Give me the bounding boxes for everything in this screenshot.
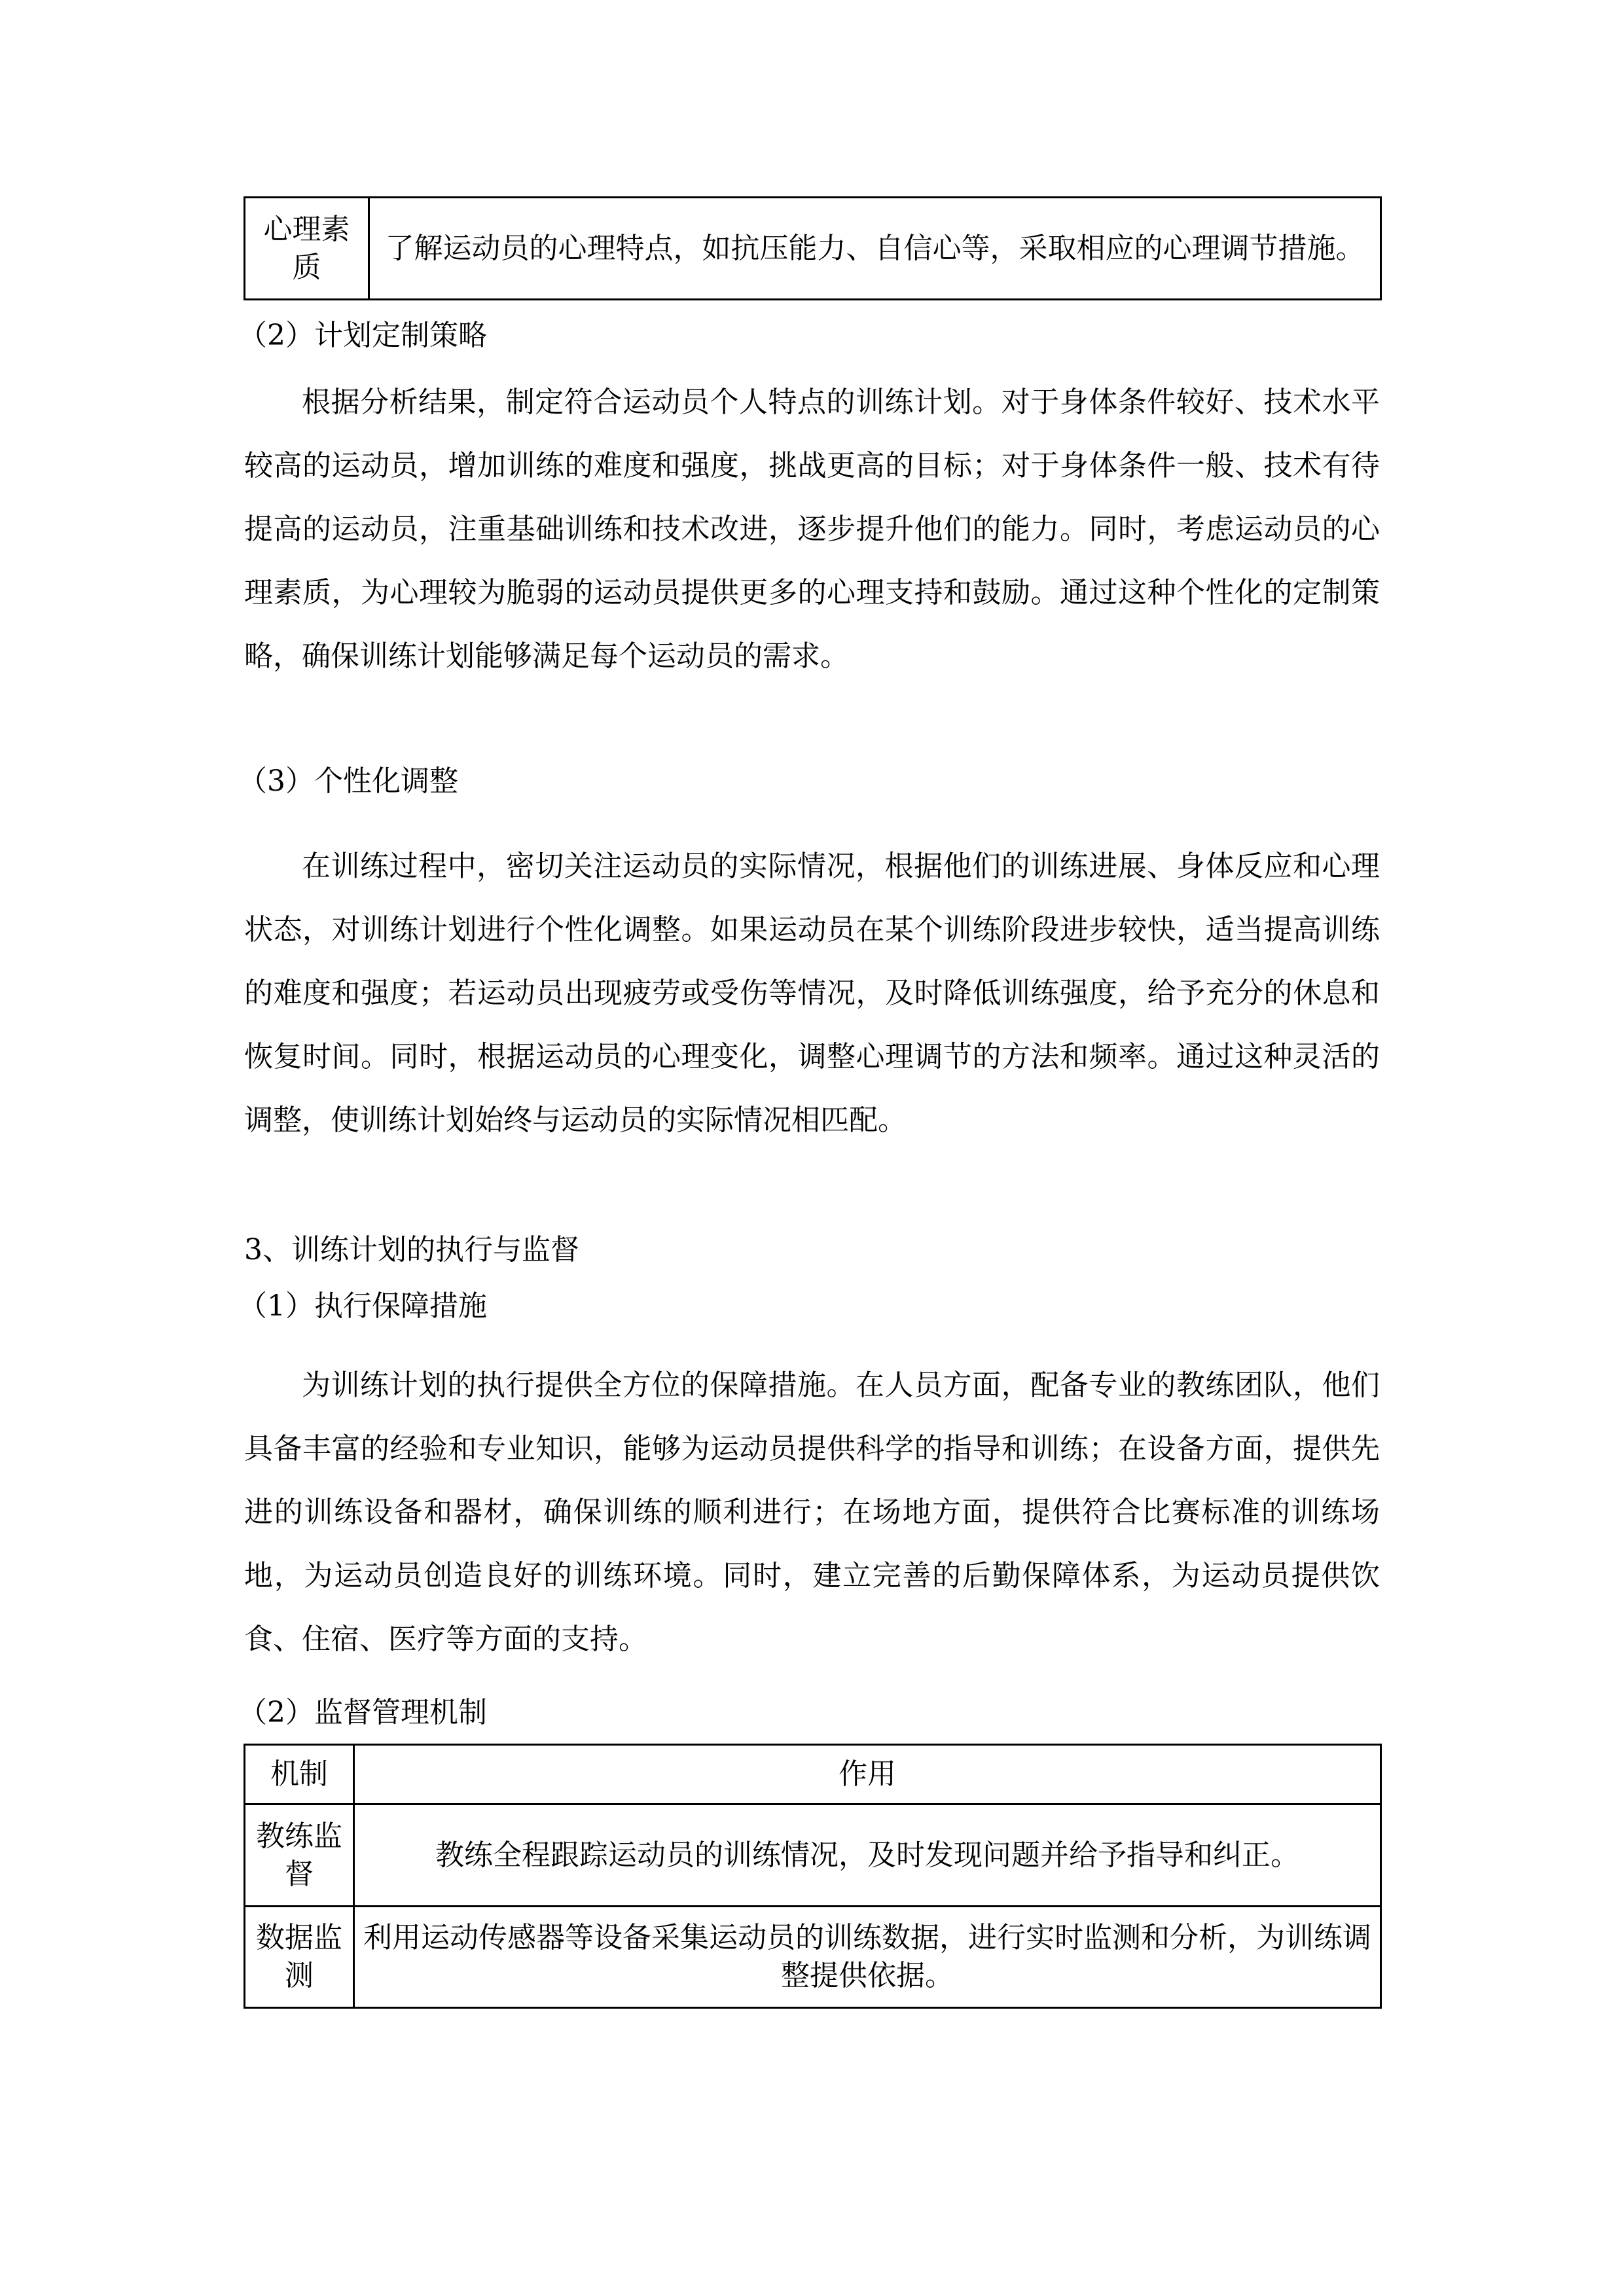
table-cell-mechanism: 数据监测 (245, 1907, 354, 2008)
document-page: 心理素质 了解运动员的心理特点，如抗压能力、自信心等，采取相应的心理调节措施。 … (0, 0, 1624, 2296)
table-cell-label: 心理素质 (245, 198, 369, 300)
supervision-table: 机制 作用 教练监督 教练全程跟踪运动员的训练情况，及时发现问题并给予指导和纠正… (244, 1744, 1382, 2009)
table-cell-function: 利用运动传感器等设备采集运动员的训练数据，进行实时监测和分析，为训练调整提供依据… (354, 1907, 1381, 2008)
subsection-heading-supervision-mechanism: （2）监督管理机制 (238, 1693, 487, 1732)
paragraph-plan-strategy: 根据分析结果，制定符合运动员个人特点的训练计划。对于身体条件较好、技术水平较高的… (244, 370, 1380, 688)
table-header-mechanism: 机制 (245, 1745, 354, 1804)
section-heading-plan-strategy: （2）计划定制策略 (238, 316, 487, 355)
table-cell-mechanism: 教练监督 (245, 1804, 354, 1907)
table-header-function: 作用 (354, 1745, 1381, 1804)
table-cell-function: 教练全程跟踪运动员的训练情况，及时发现问题并给予指导和纠正。 (354, 1804, 1381, 1907)
table-row: 心理素质 了解运动员的心理特点，如抗压能力、自信心等，采取相应的心理调节措施。 (245, 198, 1381, 300)
paragraph-execution-guarantee: 为训练计划的执行提供全方位的保障措施。在人员方面，配备专业的教练团队，他们具备丰… (244, 1354, 1380, 1671)
section-heading-personal-adjustment: （3）个性化调整 (238, 762, 458, 801)
paragraph-personal-adjustment: 在训练过程中，密切关注运动员的实际情况，根据他们的训练进展、身体反应和心理状态，… (244, 834, 1380, 1152)
table-row: 数据监测 利用运动传感器等设备采集运动员的训练数据，进行实时监测和分析，为训练调… (245, 1907, 1381, 2008)
psychology-table: 心理素质 了解运动员的心理特点，如抗压能力、自信心等，采取相应的心理调节措施。 (244, 196, 1382, 300)
table-row: 教练监督 教练全程跟踪运动员的训练情况，及时发现问题并给予指导和纠正。 (245, 1804, 1381, 1907)
subsection-heading-execution-guarantee: （1）执行保障措施 (238, 1287, 487, 1326)
table-cell-description: 了解运动员的心理特点，如抗压能力、自信心等，采取相应的心理调节措施。 (369, 198, 1381, 300)
table-header-row: 机制 作用 (245, 1745, 1381, 1804)
section-heading-execution-supervision: 3、训练计划的执行与监督 (244, 1230, 579, 1270)
